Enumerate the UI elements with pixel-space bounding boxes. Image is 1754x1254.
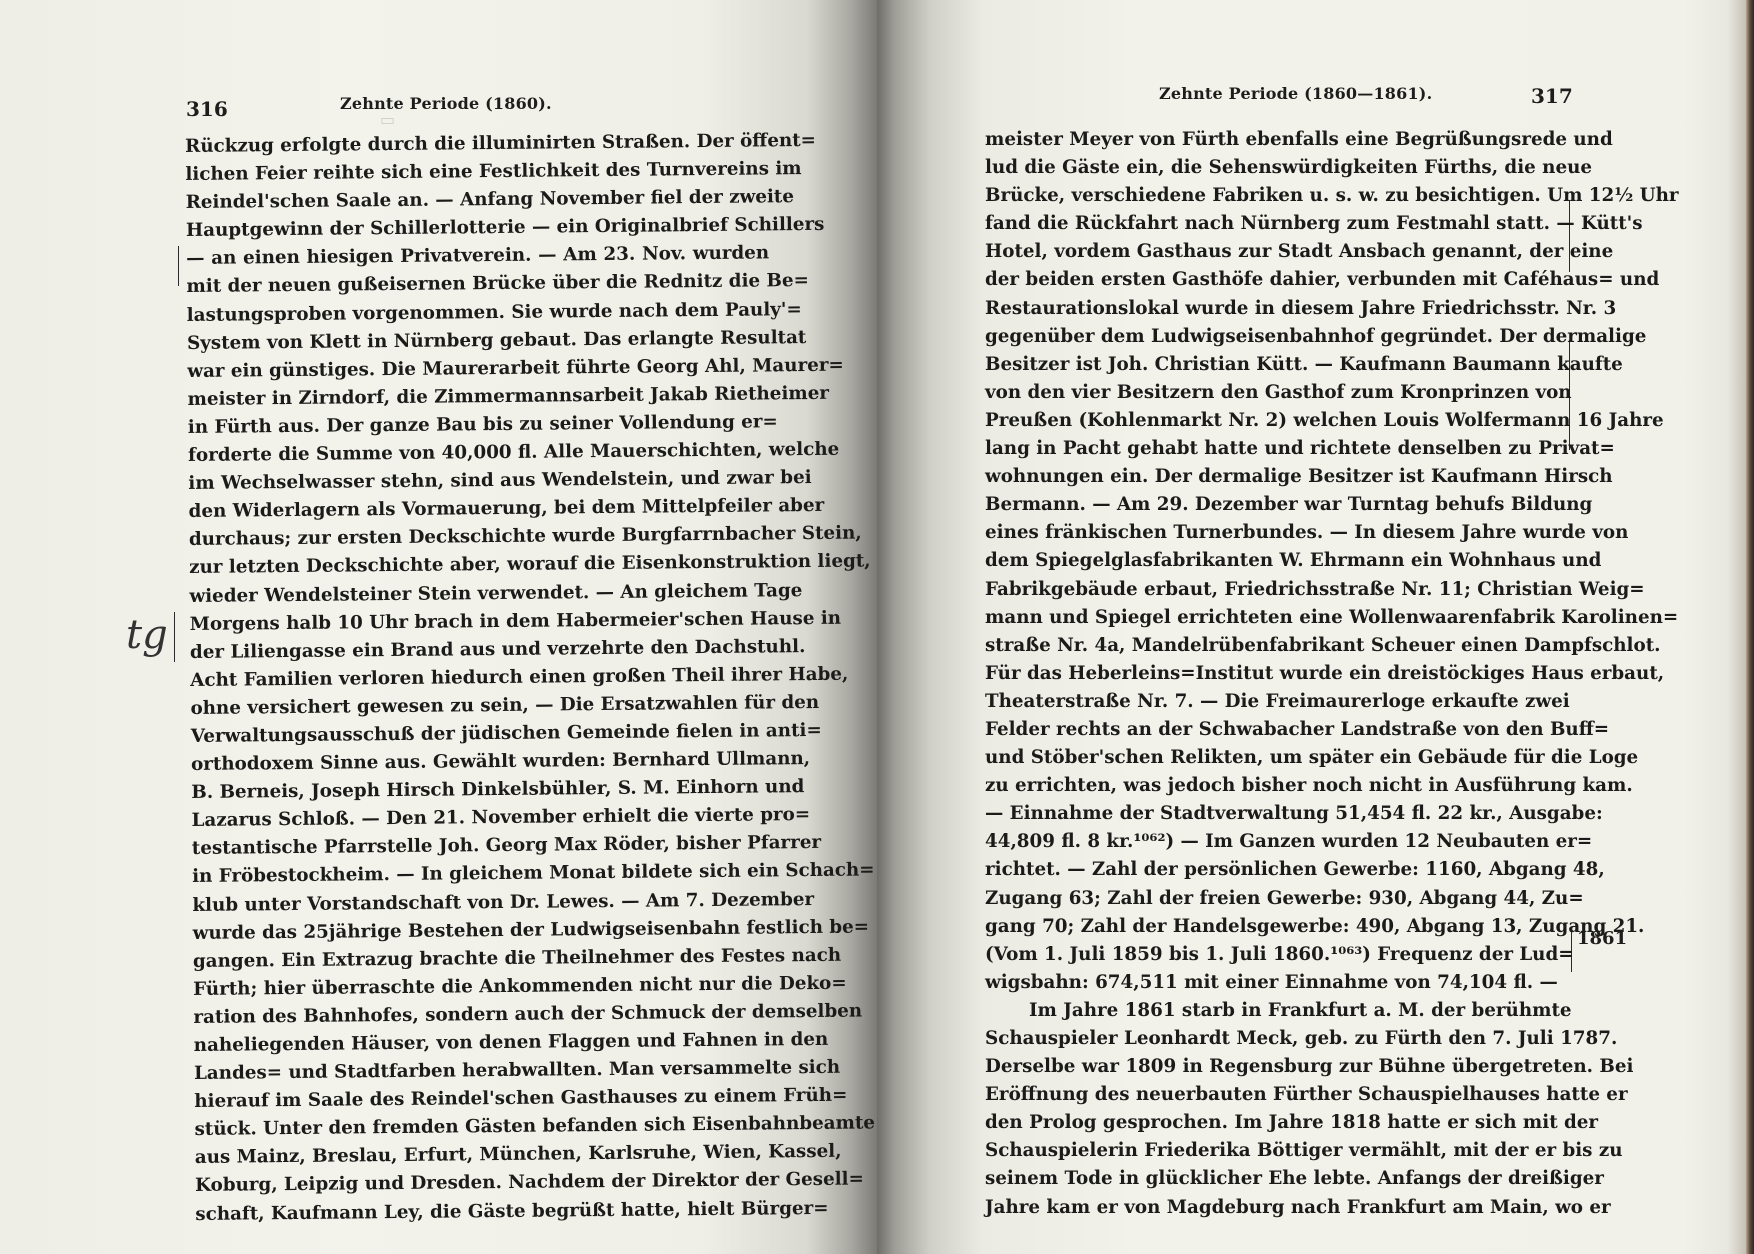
text-line: Hotel, vordem Gasthaus zur Stadt Ansbach… bbox=[985, 238, 1565, 266]
right-page-body: meister Meyer von Fürth ebenfalls eine B… bbox=[985, 126, 1565, 1222]
text-line: richtet. — Zahl der persönlichen Gewerbe… bbox=[985, 856, 1565, 884]
text-line: (Vom 1. Juli 1859 bis 1. Juli 1860.¹⁰⁶³)… bbox=[985, 941, 1565, 969]
text-line: wigsbahn: 674,511 mit einer Einnahme von… bbox=[985, 969, 1565, 997]
page-number-left: 316 bbox=[186, 97, 228, 121]
show-through-text: ▭ bbox=[380, 110, 395, 129]
text-line: eines fränkischen Turnerbundes. — In die… bbox=[985, 519, 1565, 547]
text-line: Derselbe war 1809 in Regensburg zur Bühn… bbox=[985, 1053, 1565, 1081]
text-line: gang 70; Zahl der Handelsgewerbe: 490, A… bbox=[985, 913, 1565, 941]
text-line: zu errichten, was jedoch bisher noch nic… bbox=[985, 772, 1565, 800]
text-line: Fabrikgebäude erbaut, Friedrichsstraße N… bbox=[985, 576, 1565, 604]
text-line: Restaurationslokal wurde in diesem Jahre… bbox=[985, 295, 1565, 323]
text-line: schaft, Kaufmann Ley, die Gäste begrüßt … bbox=[195, 1195, 778, 1229]
text-line: lang in Pacht gehabt hatte und richtete … bbox=[985, 435, 1565, 463]
margin-mark-bar bbox=[174, 612, 175, 662]
text-line: Felder rechts an der Schwabacher Landstr… bbox=[985, 716, 1565, 744]
text-line: den Prolog gesprochen. Im Jahre 1818 hat… bbox=[985, 1109, 1565, 1137]
text-line: Schauspielerin Friederika Böttiger vermä… bbox=[985, 1137, 1565, 1165]
margin-mark-bar bbox=[178, 246, 179, 286]
text-line: Zugang 63; Zahl der freien Gewerbe: 930,… bbox=[985, 885, 1565, 913]
left-page: 316 Zehnte Periode (1860). ▭ tg Rückzug … bbox=[0, 0, 877, 1254]
text-line: Im Jahre 1861 starb in Frankfurt a. M. d… bbox=[985, 997, 1565, 1025]
text-line: meister Meyer von Fürth ebenfalls eine B… bbox=[985, 126, 1565, 154]
running-head-left: Zehnte Periode (1860). bbox=[340, 94, 552, 113]
running-head-right: Zehnte Periode (1860—1861). bbox=[1159, 84, 1432, 103]
left-page-body: Rückzug erfolgte durch die illuminirten … bbox=[185, 127, 778, 1228]
text-line: mann und Spiegel errichteten eine Wollen… bbox=[985, 604, 1565, 632]
text-line: Brücke, verschiedene Fabriken u. s. w. z… bbox=[985, 182, 1565, 210]
page-number-right: 317 bbox=[1531, 84, 1573, 108]
text-line: fand die Rückfahrt nach Nürnberg zum Fes… bbox=[985, 210, 1565, 238]
text-line: Jahre kam er von Magdeburg nach Frankfur… bbox=[985, 1194, 1565, 1222]
text-line: Für das Heberleins=Institut wurde ein dr… bbox=[985, 660, 1565, 688]
text-line: seinem Tode in glücklicher Ehe lebte. An… bbox=[985, 1165, 1565, 1193]
text-line: 44,809 fl. 8 kr.¹⁰⁶²) — Im Ganzen wurden… bbox=[985, 828, 1565, 856]
text-line: Theaterstraße Nr. 7. — Die Freimaurerlog… bbox=[985, 688, 1565, 716]
text-line: dem Spiegelglasfabrikanten W. Ehrmann ei… bbox=[985, 547, 1565, 575]
handwritten-annotation: tg bbox=[126, 612, 168, 658]
text-line: gegenüber dem Ludwigseisenbahnhof gegrün… bbox=[985, 323, 1565, 351]
book-edge bbox=[1746, 0, 1754, 1254]
text-line: wohnungen ein. Der dermalige Besitzer is… bbox=[985, 463, 1565, 491]
text-line: und Stöber'schen Relikten, um später ein… bbox=[985, 744, 1565, 772]
text-line: der beiden ersten Gasthöfe dahier, verbu… bbox=[985, 266, 1565, 294]
text-line: Schauspieler Leonhardt Meck, geb. zu Für… bbox=[985, 1025, 1565, 1053]
text-line: lud die Gäste ein, die Sehenswürdigkeite… bbox=[985, 154, 1565, 182]
text-line: Besitzer ist Joh. Christian Kütt. — Kauf… bbox=[985, 351, 1565, 379]
text-line: von den vier Besitzern den Gasthof zum K… bbox=[985, 379, 1565, 407]
text-line: Bermann. — Am 29. Dezember war Turntag b… bbox=[985, 491, 1565, 519]
text-line: Preußen (Kohlenmarkt Nr. 2) welchen Loui… bbox=[985, 407, 1565, 435]
text-line: straße Nr. 4a, Mandelrübenfabrikant Sche… bbox=[985, 632, 1565, 660]
book-spread: 316 Zehnte Periode (1860). ▭ tg Rückzug … bbox=[0, 0, 1754, 1254]
text-line: Eröffnung des neuerbauten Fürther Schaus… bbox=[985, 1081, 1565, 1109]
text-line: — Einnahme der Stadtverwaltung 51,454 fl… bbox=[985, 800, 1565, 828]
